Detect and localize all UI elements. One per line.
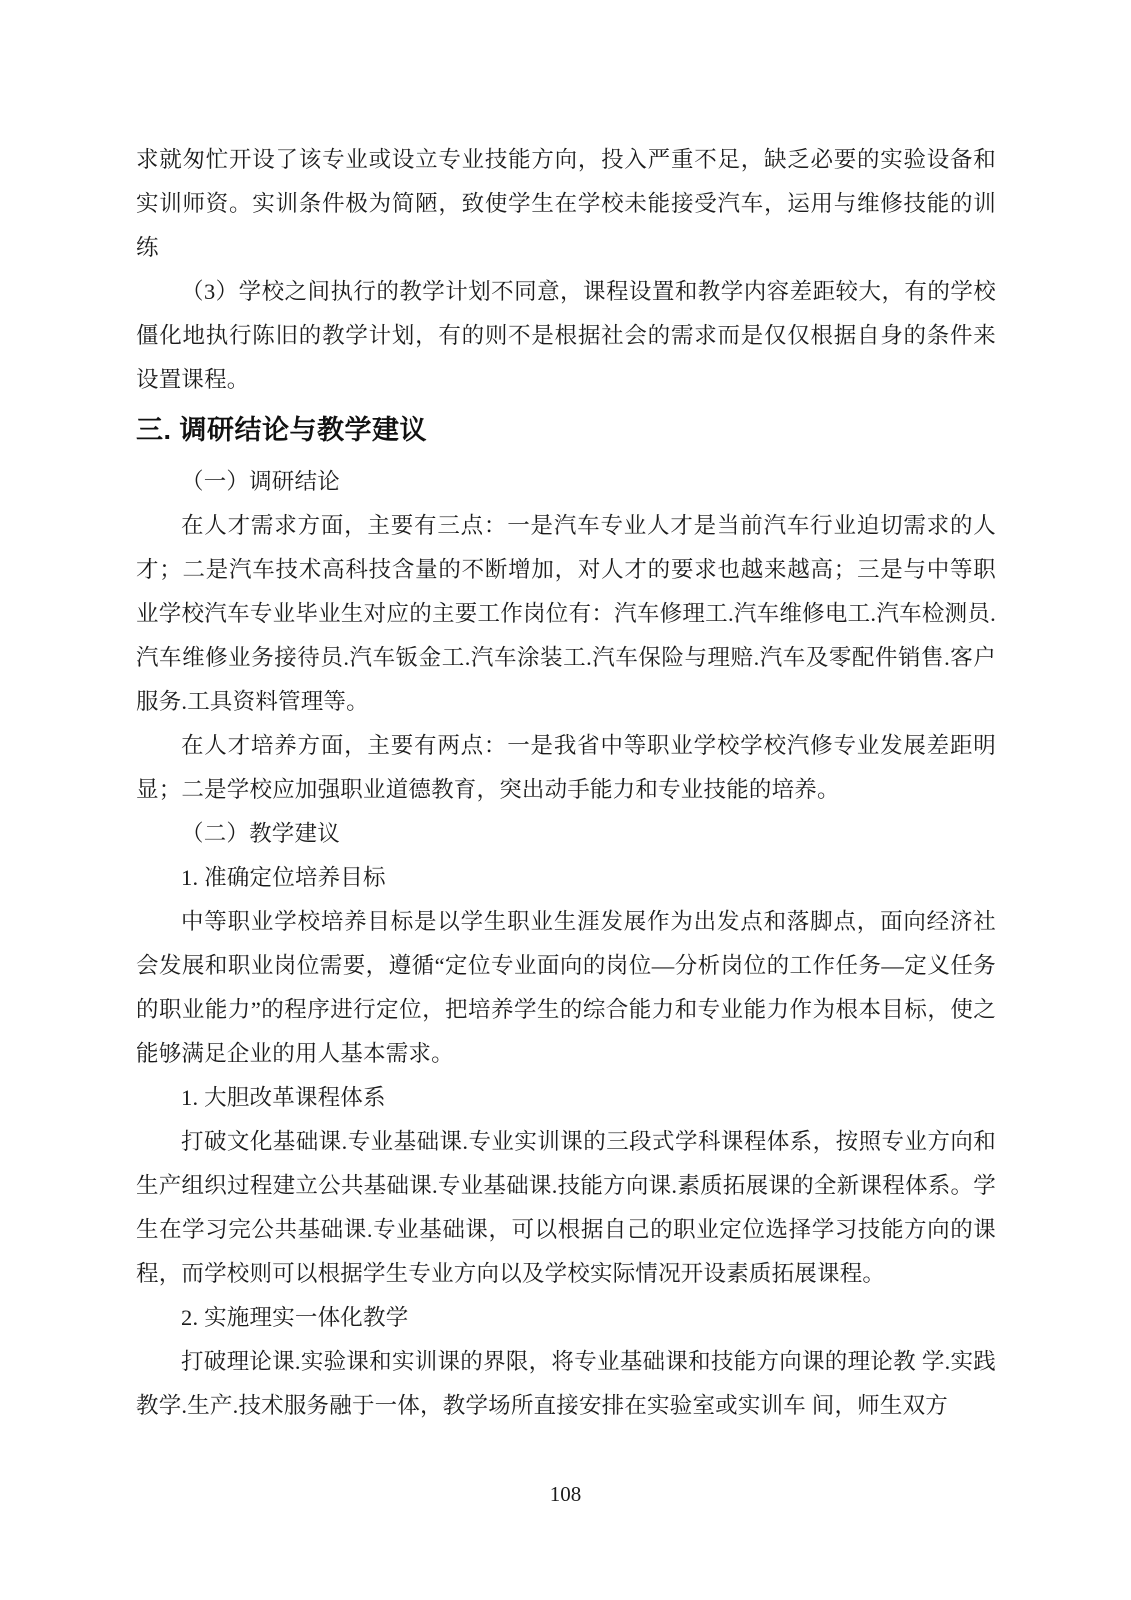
list-item-heading: 1. 准确定位培养目标 [136, 856, 996, 900]
document-page: 求就匆忙开设了该专业或设立专业技能方向，投入严重不足，缺乏必要的实验设备和实训师… [0, 0, 1131, 1600]
list-item-heading: 1. 大胆改革课程体系 [136, 1076, 996, 1120]
page-number: 108 [0, 1482, 1131, 1507]
paragraph: 在人才培养方面，主要有两点：一是我省中等职业学校学校汽修专业发展差距明显；二是学… [136, 724, 996, 812]
document-body: 求就匆忙开设了该专业或设立专业技能方向，投入严重不足，缺乏必要的实验设备和实训师… [136, 138, 996, 1428]
paragraph: 中等职业学校培养目标是以学生职业生涯发展作为出发点和落脚点，面向经济社会发展和职… [136, 900, 996, 1076]
subsection-heading: （二）教学建议 [136, 812, 996, 856]
paragraph: 打破文化基础课.专业基础课.专业实训课的三段式学科课程体系，按照专业方向和生产组… [136, 1120, 996, 1296]
paragraph: 在人才需求方面，主要有三点：一是汽车专业人才是当前汽车行业迫切需求的人才；二是汽… [136, 504, 996, 724]
subsection-heading: （一）调研结论 [136, 460, 996, 504]
list-item-heading: 2. 实施理实一体化教学 [136, 1296, 996, 1340]
section-heading: 三. 调研结论与教学建议 [136, 406, 996, 454]
paragraph: 打破理论课.实验课和实训课的界限，将专业基础课和技能方向课的理论教 学.实践教学… [136, 1340, 996, 1428]
paragraph: 求就匆忙开设了该专业或设立专业技能方向，投入严重不足，缺乏必要的实验设备和实训师… [136, 138, 996, 270]
paragraph: （3）学校之间执行的教学计划不同意，课程设置和教学内容差距较大，有的学校僵化地执… [136, 270, 996, 402]
